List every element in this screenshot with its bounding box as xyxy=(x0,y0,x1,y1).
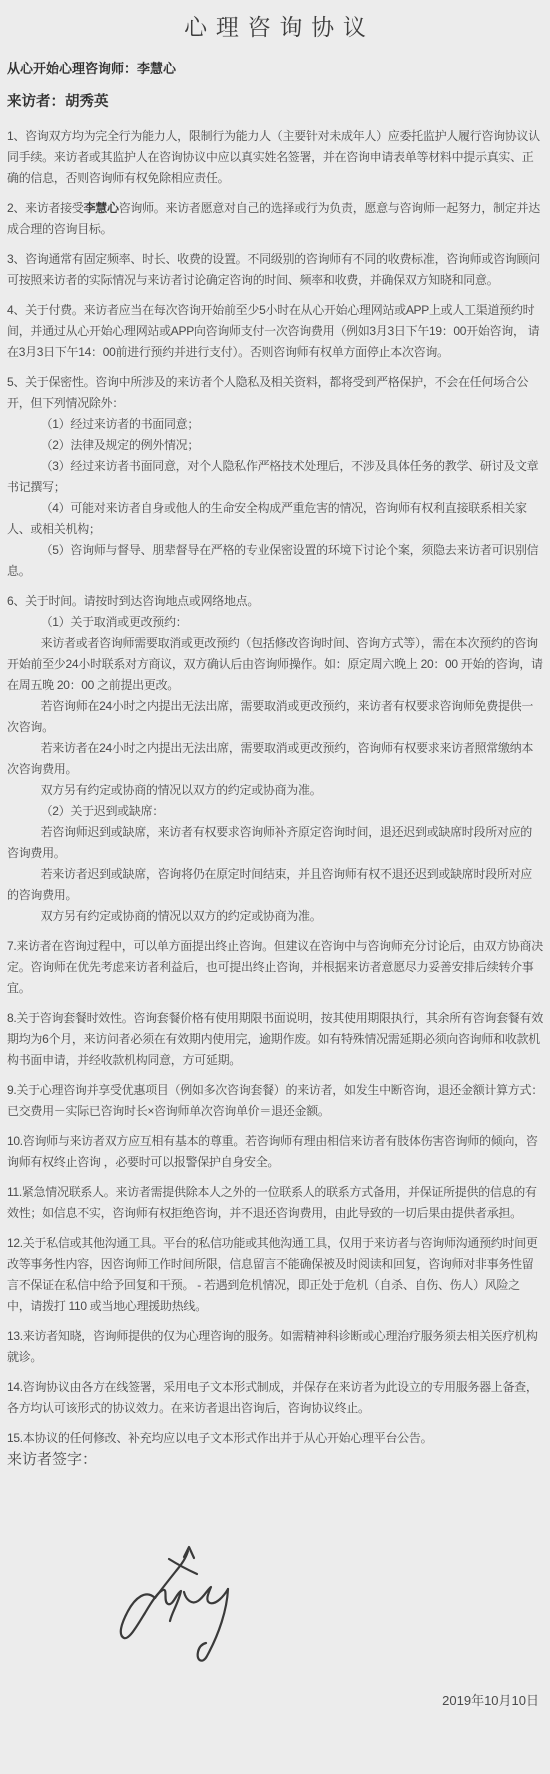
agreement-paragraph: 12.关于私信或其他沟通工具。平台的私信功能或其他沟通工具，仅用于来访者与咨询师… xyxy=(7,1233,543,1317)
agreement-paragraph: 3、咨询通常有固定频率、时长、收费的设置。不同级别的咨询师有不同的收费标准，咨询… xyxy=(7,249,543,291)
agreement-paragraph: 13.来访者知晓，咨询师提供的仅为心理咨询的服务。如需精神科诊断或心理治疗服务须… xyxy=(7,1326,543,1368)
agreement-paragraph: （2）法律及规定的例外情况； xyxy=(7,435,543,456)
agreement-body: 1、咨询双方均为完全行为能力人，限制行为能力人（主要针对未成年人）应委托监护人履… xyxy=(7,126,543,1449)
agreement-paragraph: 双方另有约定或协商的情况以双方的约定或协商为准。 xyxy=(7,780,543,801)
agreement-paragraph: 6、关于时间。请按时到达咨询地点或网络地点。 xyxy=(7,591,543,612)
agreement-paragraph: 若来访者在24小时之内提出无法出席，需要取消或更改预约，咨询师有权要求来访者照常… xyxy=(7,738,543,780)
agreement-date: 2019年10月10日 xyxy=(442,1690,539,1709)
agreement-paragraph: 7.来访者在咨询过程中，可以单方面提出终止咨询。但建议在咨询中与咨询师充分讨论后… xyxy=(7,936,543,999)
agreement-paragraph: （1）经过来访者的书面同意； xyxy=(7,414,543,435)
agreement-paragraph: 15.本协议的任何修改、补充均应以电子文本形式作出并于从心开始心理平台公告。 xyxy=(7,1428,543,1449)
page-title: 心理咨询协议 xyxy=(7,12,543,42)
agreement-paragraph: 10.咨询师与来访者双方应互相有基本的尊重。若咨询师有理由相信来访者有肢体伤害咨… xyxy=(7,1131,543,1173)
agreement-document: 心理咨询协议 从心开始心理咨询师：李慧心 来访者：胡秀英 1、咨询双方均为完全行… xyxy=(0,0,550,1774)
agreement-paragraph: 14.咨询协议由各方在线签署，采用电子文本形式制成，并保存在来访者为此设立的专用… xyxy=(7,1377,543,1419)
counselor-line: 从心开始心理咨询师：李慧心 xyxy=(7,58,543,77)
client-line: 来访者：胡秀英 xyxy=(7,90,543,111)
agreement-paragraph: 8.关于咨询套餐时效性。咨询套餐价格有使用期限书面说明，按其使用期限执行，其余所… xyxy=(7,1008,543,1071)
agreement-paragraph: 双方另有约定或协商的情况以双方的约定或协商为准。 xyxy=(7,906,543,927)
agreement-paragraph: 1、咨询双方均为完全行为能力人，限制行为能力人（主要针对未成年人）应委托监护人履… xyxy=(7,126,543,189)
signature-scribble-icon xyxy=(100,1530,260,1700)
agreement-paragraph: （5）咨询师与督导、朋辈督导在严格的专业保密设置的环境下讨论个案，须隐去来访者可… xyxy=(7,540,543,582)
signature-label: 来访者签字： xyxy=(7,1448,97,1469)
client-signature xyxy=(100,1530,260,1700)
agreement-paragraph: 2、来访者接受李慧心咨询师。来访者愿意对自己的选择或行为负责，愿意与咨询师一起努… xyxy=(7,198,543,240)
agreement-paragraph: （3）经过来访者书面同意，对个人隐私作严格技术处理后，不涉及具体任务的教学、研讨… xyxy=(7,456,543,498)
agreement-paragraph: 若咨询师在24小时之内提出无法出席，需要取消或更改预约，来访者有权要求咨询师免费… xyxy=(7,696,543,738)
agreement-paragraph: （4）可能对来访者自身或他人的生命安全构成严重危害的情况，咨询师有权利直接联系相… xyxy=(7,498,543,540)
agreement-paragraph: 5、关于保密性。咨询中所涉及的来访者个人隐私及相关资料，都将受到严格保护，不会在… xyxy=(7,372,543,414)
agreement-paragraph: 若咨询师迟到或缺席，来访者有权要求咨询师补齐原定咨询时间，退还迟到或缺席时段所对… xyxy=(7,822,543,864)
agreement-paragraph: （1）关于取消或更改预约： xyxy=(7,612,543,633)
agreement-paragraph: 若来访者迟到或缺席，咨询将仍在原定时间结束，并且咨询师有权不退还迟到或缺席时段所… xyxy=(7,864,543,906)
agreement-paragraph: 11.紧急情况联系人。来访者需提供除本人之外的一位联系人的联系方式备用，并保证所… xyxy=(7,1182,543,1224)
agreement-paragraph: 来访者或者咨询师需要取消或更改预约（包括修改咨询时间、咨询方式等），需在本次预约… xyxy=(7,633,543,696)
agreement-paragraph: 4、关于付费。来访者应当在每次咨询开始前至少5小时在从心开始心理网站或APP上或… xyxy=(7,300,543,363)
agreement-paragraph: 9.关于心理咨询并享受优惠项目（例如多次咨询套餐）的来访者，如发生中断咨询，退还… xyxy=(7,1080,543,1122)
agreement-paragraph: （2）关于迟到或缺席： xyxy=(7,801,543,822)
